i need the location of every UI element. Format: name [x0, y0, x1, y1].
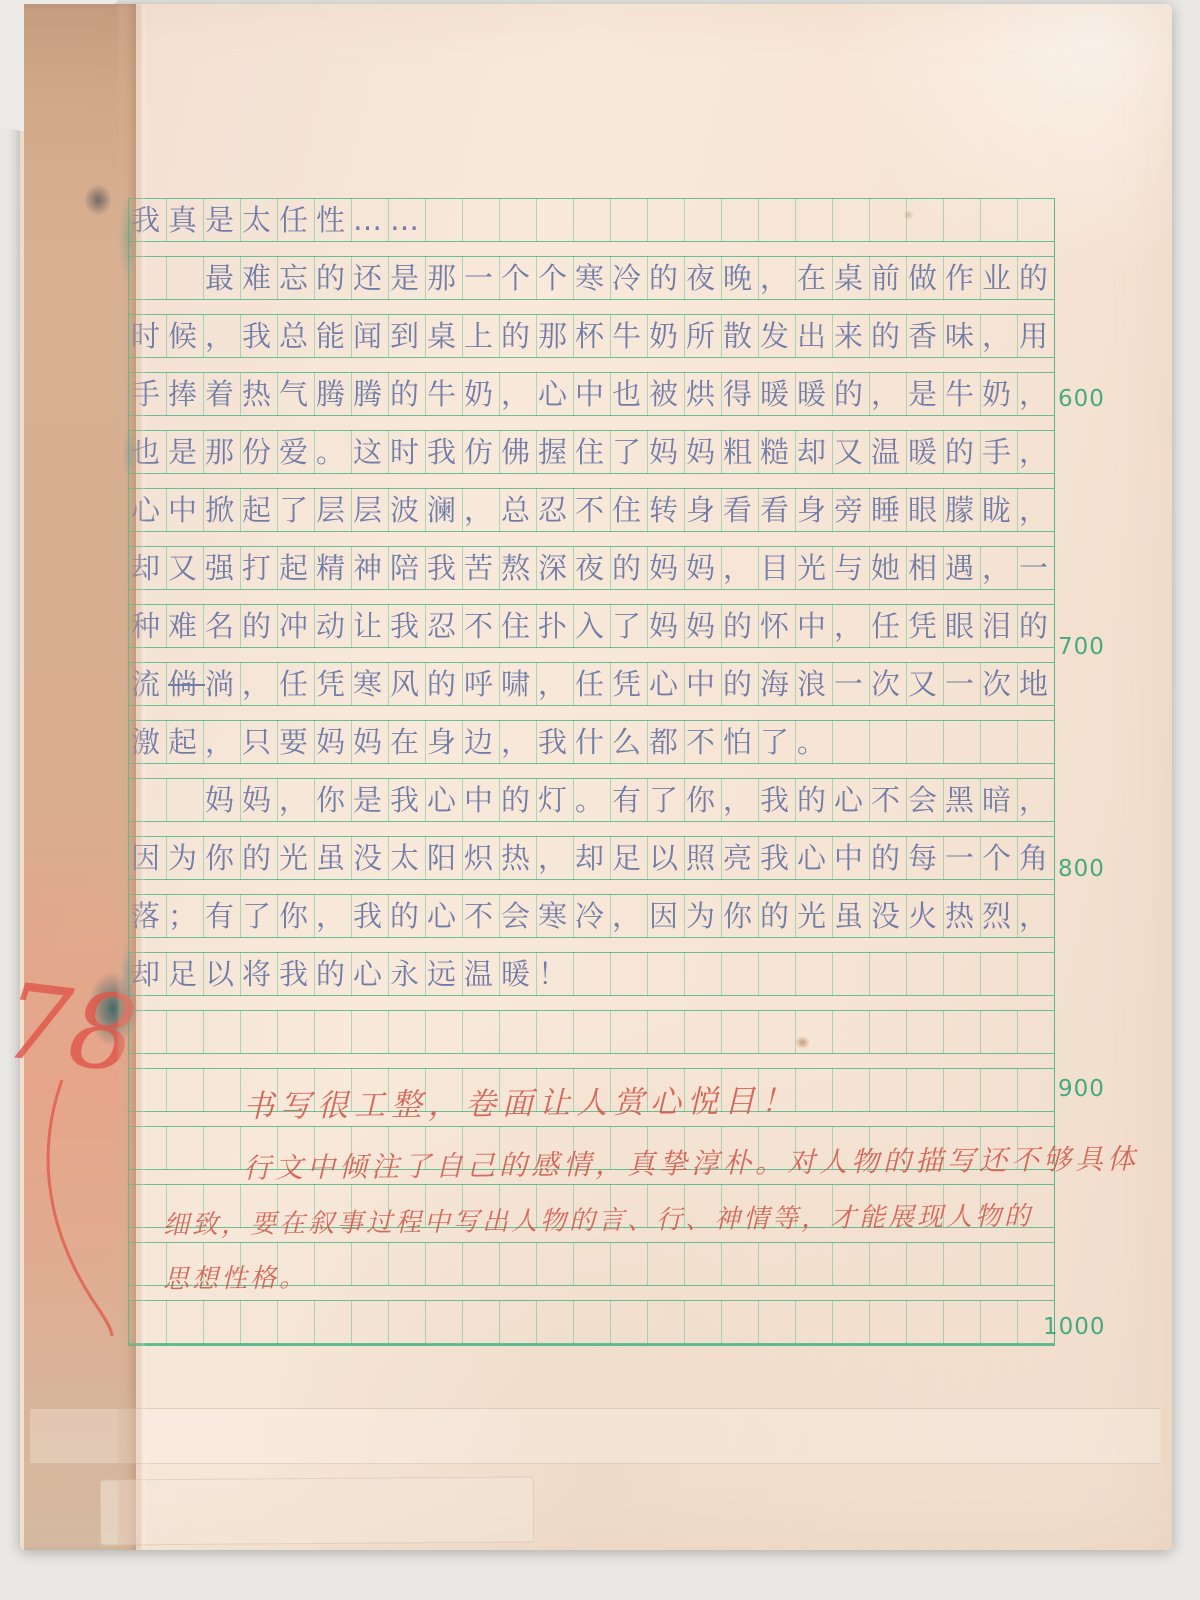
essay-line-13: 却足以将我的心永远温暖！	[131, 955, 575, 993]
essay-line-12: 落；有了你，我的心不会寒冷，因为你的光虽没火热烈，	[131, 897, 1056, 935]
margin-count-800: 800	[1058, 856, 1105, 882]
essay-line-10: 妈妈，你是我心中的灯。有了你，我的心不会黑暗，	[205, 781, 1056, 819]
binding-tape-fringe	[118, 4, 142, 1550]
essay-line-9: 激起，只要妈妈在身边，我什么都不怕了。	[131, 723, 834, 761]
grid-row	[129, 1300, 1054, 1344]
ink-stain	[84, 184, 112, 216]
essay-line-8: 流倘淌，任凭寒风的呼啸，任凭心中的海浪一次又一次地	[131, 665, 1056, 703]
tape-piece-bottom	[100, 1476, 534, 1545]
essay-line-6: 却又强打起精神陪我苦熬深夜的妈妈，目光与她相遇，一	[131, 549, 1056, 587]
margin-count-1000: 1000	[1043, 1314, 1106, 1340]
essay-line-4: 也是那份爱。这时我仿佛握住了妈妈粗糙却又温暖的手，	[131, 433, 1056, 471]
essay-title-line: 我真是太任性……	[131, 201, 427, 239]
margin-count-700: 700	[1058, 634, 1105, 660]
margin-count-600: 600	[1058, 386, 1105, 412]
teacher-comment-1: 书写很工整，卷面让人赏心悦目！	[243, 1075, 798, 1126]
essay-line-3: 手捧着热气腾腾的牛奶，心中也被烘得暖暖的，是牛奶，	[131, 375, 1056, 413]
paper-spot	[795, 1036, 810, 1049]
essay-line-1: 最难忘的还是那一个个寒冷的夜晚，在桌前做作业的	[205, 259, 1056, 297]
strikethrough-char: 倘	[168, 667, 205, 701]
paper-crease	[142, 4, 145, 1550]
tape-mark-horizontal	[30, 1408, 1160, 1464]
essay-line-11: 因为你的光虽没太阳炽热，却足以照亮我心中的每一个角	[131, 839, 1056, 877]
essay-line-7: 种难名的冲动让我忍不住扑入了妈妈的怀中，任凭眼泪的	[131, 607, 1056, 645]
teacher-comment-4: 思想性格。	[163, 1257, 308, 1296]
essay-line-5: 心中掀起了层层波澜，总忍不住转身看看身旁睡眼朦眬，	[131, 491, 1056, 529]
scanned-essay-page: 我真是太任性…… 最难忘的还是那一个个寒冷的夜晚，在桌前做作业的 时候，我总能闻…	[0, 0, 1200, 1600]
essay-line-8-post: 淌，任凭寒风的呼啸，任凭心中的海浪一次又一次地	[205, 667, 1056, 701]
paper-spot	[903, 210, 914, 220]
essay-line-2: 时候，我总能闻到桌上的那杯牛奶所散发出来的香味，用	[131, 317, 1056, 355]
margin-count-900: 900	[1058, 1076, 1105, 1102]
grid-row	[129, 1010, 1054, 1054]
